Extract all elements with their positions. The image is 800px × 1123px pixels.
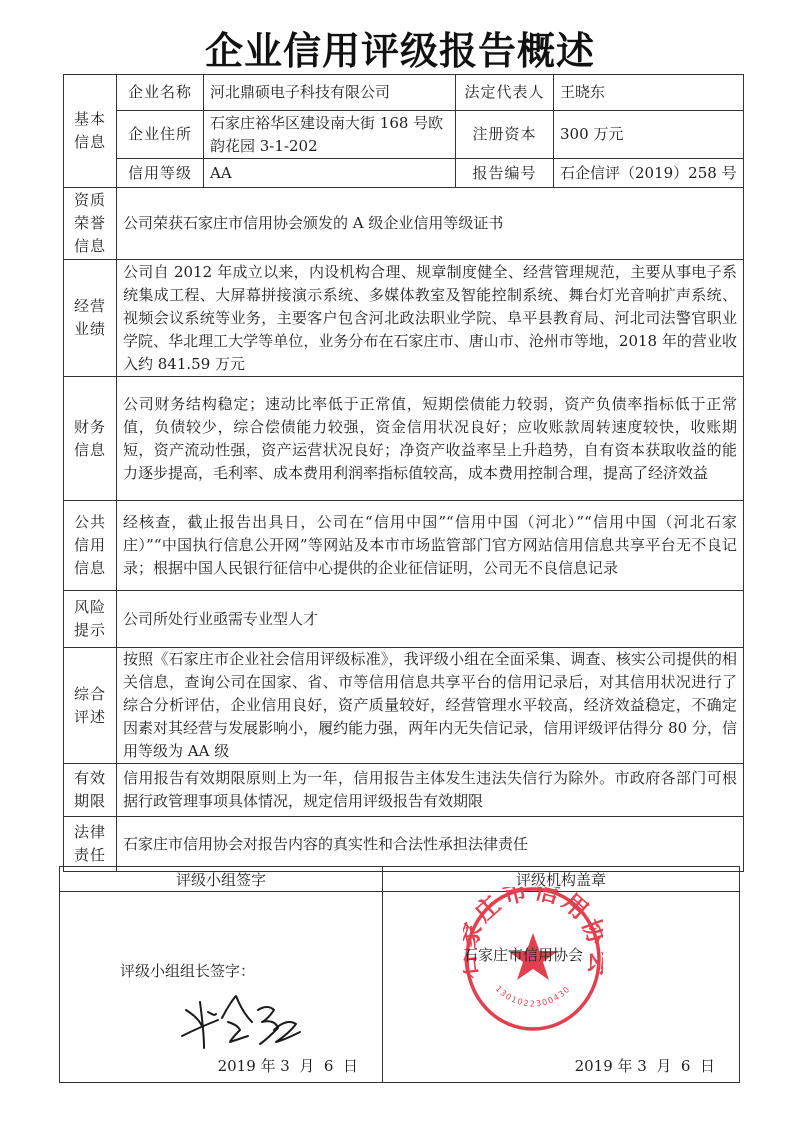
section-text-validity: 信用报告有效期限原则上为一年，信用报告主体发生违法失信行为除外。市政府各部门可根…: [117, 764, 744, 817]
report-table: 基本信息 企业名称 河北鼎硕电子科技有限公司 法定代表人 王晓东 企业住所 石家…: [63, 74, 744, 872]
value-credit-grade: AA: [204, 159, 456, 188]
section-text-summary: 按照《石家庄市企业社会信用评级标准》，我评级小组在全面采集、调查、核实公司提供的…: [117, 648, 744, 764]
team-sign-date: 2019 年 3 月 6 日: [218, 1055, 358, 1076]
page-title: 企业信用评级报告概述: [0, 20, 800, 75]
signoff-header-team: 评级小组签字: [60, 867, 383, 892]
value-legal-rep: 王晓东: [554, 75, 744, 111]
label-address: 企业住所: [117, 111, 204, 159]
section-row-legal: 法律责任 石家庄市信用协会对报告内容的真实性和合法性承担法律责任: [64, 817, 744, 872]
section-label-risk: 风险提示: [64, 591, 117, 648]
svg-text:1301022300430: 1301022300430: [494, 984, 573, 1008]
basic-info-row-grade: 信用等级 AA 报告编号 石企信评（2019）258 号: [64, 159, 744, 188]
label-legal-rep: 法定代表人: [456, 75, 554, 111]
section-label-basic-info: 基本信息: [64, 75, 117, 188]
section-label-summary: 综合评述: [64, 648, 117, 764]
value-address: 石家庄裕华区建设南大街 168 号欧韵花园 3-1-202: [204, 111, 456, 159]
section-row-public-credit: 公共信用信息 经核查，截止报告出具日，公司在“信用中国”“信用中国（河北）”“信…: [64, 501, 744, 591]
value-company-name: 河北鼎硕电子科技有限公司: [204, 75, 456, 111]
label-report-number: 报告编号: [456, 159, 554, 188]
section-label-public-credit: 公共信用信息: [64, 501, 117, 591]
section-row-risk: 风险提示 公司所处行业亟需专业型人才: [64, 591, 744, 648]
section-text-honors: 公司荣获石家庄市信用协会颁发的 A 级企业信用等级证书: [117, 188, 744, 260]
section-label-validity: 有效期限: [64, 764, 117, 817]
section-text-legal: 石家庄市信用协会对报告内容的真实性和合法性承担法律责任: [117, 817, 744, 872]
basic-info-row-address: 企业住所 石家庄裕华区建设南大街 168 号欧韵花园 3-1-202 注册资本 …: [64, 111, 744, 159]
section-label-financial: 财务信息: [64, 377, 117, 501]
team-signature-cell: 评级小组组长签字： 2019 年 3 月 6 日: [60, 892, 383, 1083]
section-row-validity: 有效期限 信用报告有效期限原则上为一年，信用报告主体发生违法失信行为除外。市政府…: [64, 764, 744, 817]
value-registered-capital: 300 万元: [554, 111, 744, 159]
section-label-performance: 经营业绩: [64, 260, 117, 377]
handwritten-signature-icon: [178, 992, 308, 1052]
section-label-legal: 法律责任: [64, 817, 117, 872]
section-row-summary: 综合评述 按照《石家庄市企业社会信用评级标准》，我评级小组在全面采集、调查、核实…: [64, 648, 744, 764]
section-row-financial: 财务信息 公司财务结构稳定；速动比率低于正常值，短期偿债能力较弱，资产负债率指标…: [64, 377, 744, 501]
basic-info-row-name: 基本信息 企业名称 河北鼎硕电子科技有限公司 法定代表人 王晓东: [64, 75, 744, 111]
org-name: 石家庄市信用协会: [463, 944, 583, 965]
section-label-honors: 资质荣誉信息: [64, 188, 117, 260]
section-row-honors: 资质荣誉信息 公司荣获石家庄市信用协会颁发的 A 级企业信用等级证书: [64, 188, 744, 260]
section-row-performance: 经营业绩 公司自 2012 年成立以来，内设机构合理、规章制度健全、经营管理规范…: [64, 260, 744, 377]
section-text-risk: 公司所处行业亟需专业型人才: [117, 591, 744, 648]
org-seal-cell: 石家庄市信用协会 1301022300430 石家庄市信用协会 2019 年 3…: [383, 892, 740, 1083]
section-text-financial: 公司财务结构稳定；速动比率低于正常值，短期偿债能力较弱，资产负债率指标低于正常值…: [117, 377, 744, 501]
section-text-public-credit: 经核查，截止报告出具日，公司在“信用中国”“信用中国（河北）”“信用中国（河北石…: [117, 501, 744, 591]
label-credit-grade: 信用等级: [117, 159, 204, 188]
leader-signature-label: 评级小组组长签字：: [120, 960, 255, 981]
seal-date: 2019 年 3 月 6 日: [575, 1055, 715, 1076]
value-report-number: 石企信评（2019）258 号: [554, 159, 744, 188]
label-company-name: 企业名称: [117, 75, 204, 111]
label-registered-capital: 注册资本: [456, 111, 554, 159]
section-text-performance: 公司自 2012 年成立以来，内设机构合理、规章制度健全、经营管理规范，主要从事…: [117, 260, 744, 377]
signoff-table: 评级小组签字 评级机构盖章 评级小组组长签字： 2019 年 3 月 6 日: [59, 866, 740, 1083]
